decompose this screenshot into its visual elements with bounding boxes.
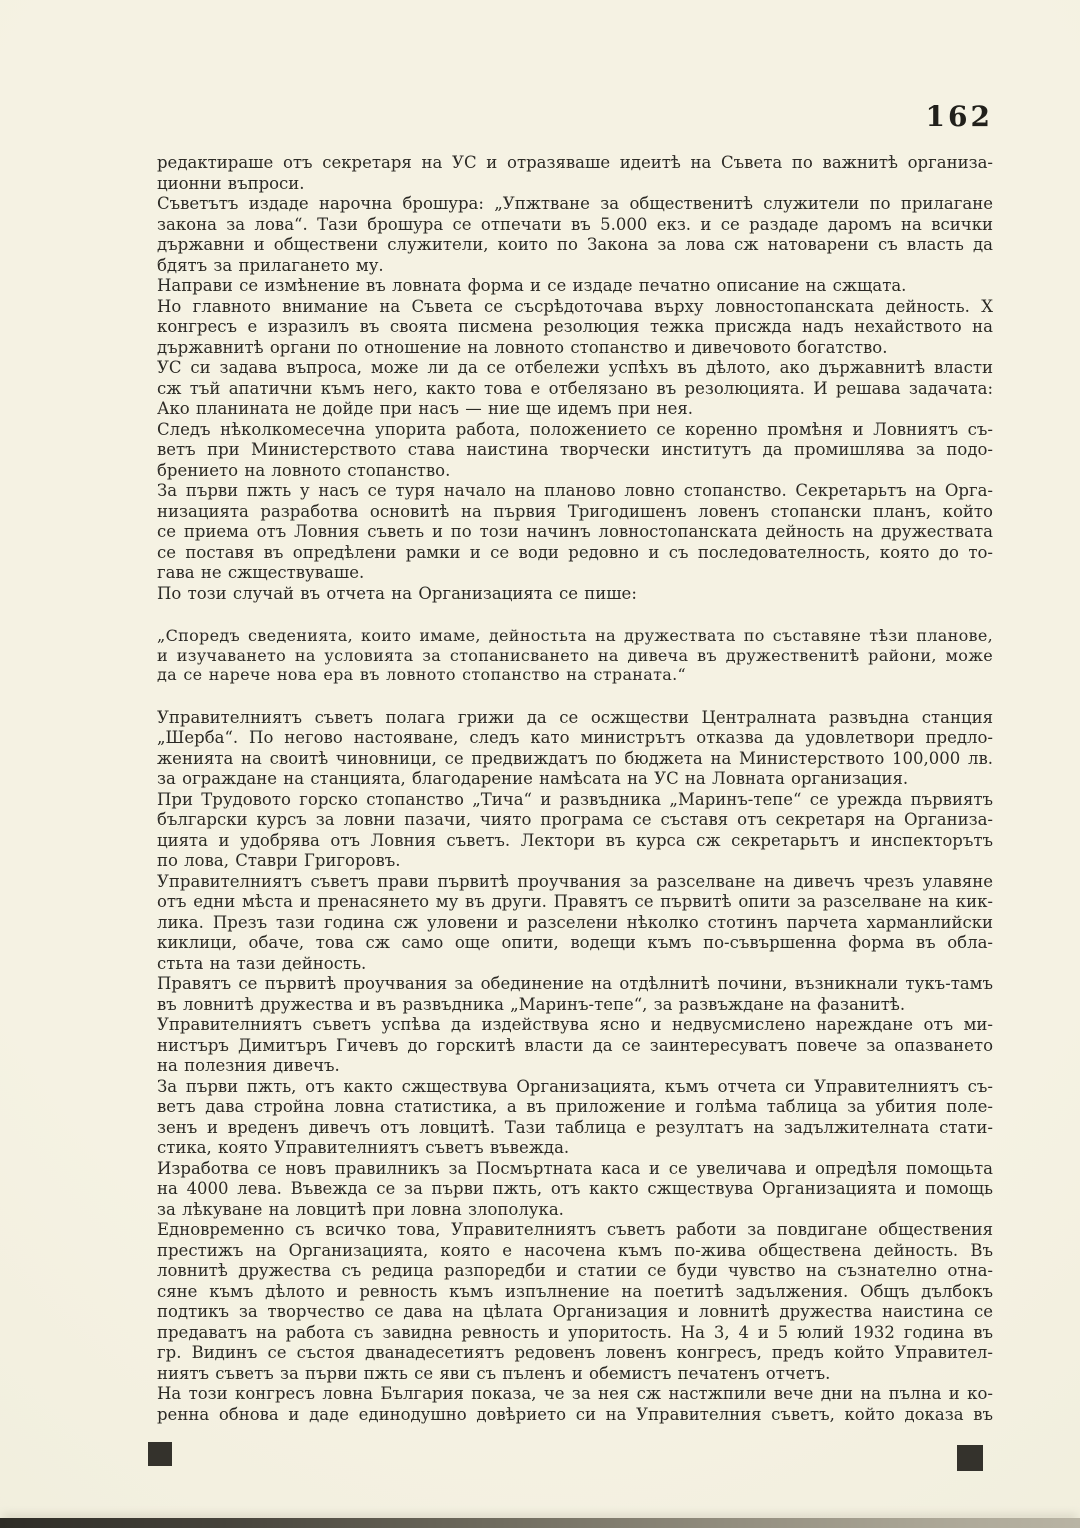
text-line: на полезния дивечъ. (157, 1056, 993, 1077)
paragraph: По този случай въ отчета на Организацият… (157, 584, 993, 605)
text-line: При Трудовото горско стопанство „Тича“ и… (157, 790, 993, 811)
text-line: ловнитѣ дружества съ редица разпоредби и… (157, 1261, 993, 1282)
text-line: женията на своитѣ чиновници, се предвижд… (157, 749, 993, 770)
text-line: бдятъ за прилагането му. (157, 256, 993, 277)
text-line: брението на ловното стопанство. (157, 461, 993, 482)
paragraph: Управителниятъ съветъ прави първитѣ проу… (157, 872, 993, 975)
paragraph: Направи се измѣнение въ ловната форма и … (157, 276, 993, 297)
text-line: закона за лова“. Тази брошура се отпечат… (157, 215, 993, 236)
text-line: сяне къмъ дѣлото и ревность къмъ изпълне… (157, 1282, 993, 1303)
text-line: Управителниятъ съветъ прави първитѣ проу… (157, 872, 993, 893)
text-line: на 4000 лева. Въвежда се за първи пжть, … (157, 1179, 993, 1200)
paragraph: Следъ нѣколкомесечна упорита работа, пол… (157, 420, 993, 482)
text-line: По този случай въ отчета на Организацият… (157, 584, 993, 605)
text-line: стика, която Управителниятъ съветъ въвеж… (157, 1138, 993, 1159)
text-line: Едновременно съ всичко това, Управителни… (157, 1220, 993, 1241)
page-number: 162 (157, 100, 993, 133)
text-line: български курсъ за ловни пазачи, чиято п… (157, 810, 993, 831)
text-line: ниятъ съветъ за първи пжть се яви съ пъл… (157, 1364, 993, 1385)
text-line: държавни и обществени служители, които п… (157, 235, 993, 256)
text-line: се приема отъ Ловния съветь и по този на… (157, 522, 993, 543)
text-block: редактираше отъ секретаря на УС и отразя… (157, 153, 993, 1425)
text-line: ренна обнова и даде единодушно довѣрието… (157, 1405, 993, 1426)
paragraph: За първи пжть у насъ се туря начало на п… (157, 481, 993, 584)
text-line: сж тъй апатични къмъ него, както това е … (157, 379, 993, 400)
text-line: и изучаването на условията за стопанисва… (157, 646, 993, 666)
text-line: киклици, обаче, това сж само още опити, … (157, 933, 993, 954)
quote-paragraph: „Споредъ сведенията, които имаме, дейнос… (157, 626, 993, 685)
paragraph: редактираше отъ секретаря на УС и отразя… (157, 153, 993, 194)
page-bottom-edge (0, 1518, 1080, 1528)
paragraph: Управителниятъ съветъ успѣва да издейств… (157, 1015, 993, 1077)
text-line: низацията разработва основитѣ на първия … (157, 502, 993, 523)
paragraph: Правятъ се първитѣ проучвания за обедине… (157, 974, 993, 1015)
text-line: лика. Презъ тази година сж уловени и раз… (157, 913, 993, 934)
text-line: За първи пжть у насъ се туря начало на п… (157, 481, 993, 502)
paragraph: На този конгресъ ловна България показа, … (157, 1384, 993, 1425)
text-line: Изработва се новъ правилникъ за Посмъртн… (157, 1159, 993, 1180)
text-line: За първи пжть, отъ както сжществува Орга… (157, 1077, 993, 1098)
text-line: отъ едни мѣста и пренасянето му въ други… (157, 892, 993, 913)
text-line: за лѣкуване на ловцитѣ при ловна злополу… (157, 1200, 993, 1221)
text-line: гр. Видинъ се състоя дванадесетиятъ редо… (157, 1343, 993, 1364)
text-line: стьта на тази дейность. (157, 954, 993, 975)
text-line: Управителниятъ съветъ полага грижи да се… (157, 708, 993, 729)
paragraph: Едновременно съ всичко това, Управителни… (157, 1220, 993, 1384)
paragraph: Съветътъ издаде нарочна брошура: „Упжтва… (157, 194, 993, 276)
text-line: въ ловнитѣ дружества и въ развъдника „Ма… (157, 995, 993, 1016)
text-line: нистъръ Димитъръ Гичевъ до горскитѣ влас… (157, 1036, 993, 1057)
text-line: да се нарече нова ера въ ловното стопанс… (157, 665, 993, 685)
paragraph: Управителниятъ съветъ полага грижи да се… (157, 708, 993, 790)
text-line: редактираше отъ секретаря на УС и отразя… (157, 153, 993, 174)
text-line: Следъ нѣколкомесечна упорита работа, пол… (157, 420, 993, 441)
text-line: за ограждане на станцията, благодарение … (157, 769, 993, 790)
text-line: ветъ при Министерството става наистина т… (157, 440, 993, 461)
text-line: се поставя въ опредѣлени рамки и се води… (157, 543, 993, 564)
text-line: На този конгресъ ловна България показа, … (157, 1384, 993, 1405)
paragraph: Но главното внимание на Съвета се съсрѣд… (157, 297, 993, 359)
text-line: Ако планината не дойде при насъ — ние ще… (157, 399, 993, 420)
text-line: по лова, Ставри Григоровъ. (157, 851, 993, 872)
text-line: зенъ и вреденъ дивечъ отъ ловцитѣ. Тази … (157, 1118, 993, 1139)
text-line: ветъ дава стройна ловна статистика, а въ… (157, 1097, 993, 1118)
text-line: Правятъ се първитѣ проучвания за обедине… (157, 974, 993, 995)
paragraph: Изработва се новъ правилникъ за Посмъртн… (157, 1159, 993, 1221)
text-line: предаватъ на работа съ завидна ревность … (157, 1323, 993, 1344)
text-line: Направи се измѣнение въ ловната форма и … (157, 276, 993, 297)
text-line: Управителниятъ съветъ успѣва да издейств… (157, 1015, 993, 1036)
text-line: Но главното внимание на Съвета се съсрѣд… (157, 297, 993, 318)
paragraph: За първи пжть, отъ както сжществува Орга… (157, 1077, 993, 1159)
text-line: държавнитѣ органи по отношение на ловнот… (157, 338, 993, 359)
text-line: „Споредъ сведенията, които имаме, дейнос… (157, 626, 993, 646)
text-line: гава не сжществуваше. (157, 563, 993, 584)
paragraph: При Трудовото горско стопанство „Тича“ и… (157, 790, 993, 872)
registration-mark-right (957, 1445, 983, 1471)
text-line: Съветътъ издаде нарочна брошура: „Упжтва… (157, 194, 993, 215)
text-line: престижъ на Организацията, която е насоч… (157, 1241, 993, 1262)
text-line: ционни въпроси. (157, 174, 993, 195)
registration-mark-left (148, 1442, 172, 1466)
text-line: УС си задава въпроса, може ли да се отбе… (157, 358, 993, 379)
text-line: „Шерба“. По негово настояване, следъ кат… (157, 728, 993, 749)
text-line: цията и удобрява отъ Ловния съветъ. Лект… (157, 831, 993, 852)
paragraph: УС си задава въпроса, може ли да се отбе… (157, 358, 993, 420)
text-line: подтикъ за творчество се дава на цѣлата … (157, 1302, 993, 1323)
text-line: конгресъ е изразилъ въ своята писмена ре… (157, 317, 993, 338)
